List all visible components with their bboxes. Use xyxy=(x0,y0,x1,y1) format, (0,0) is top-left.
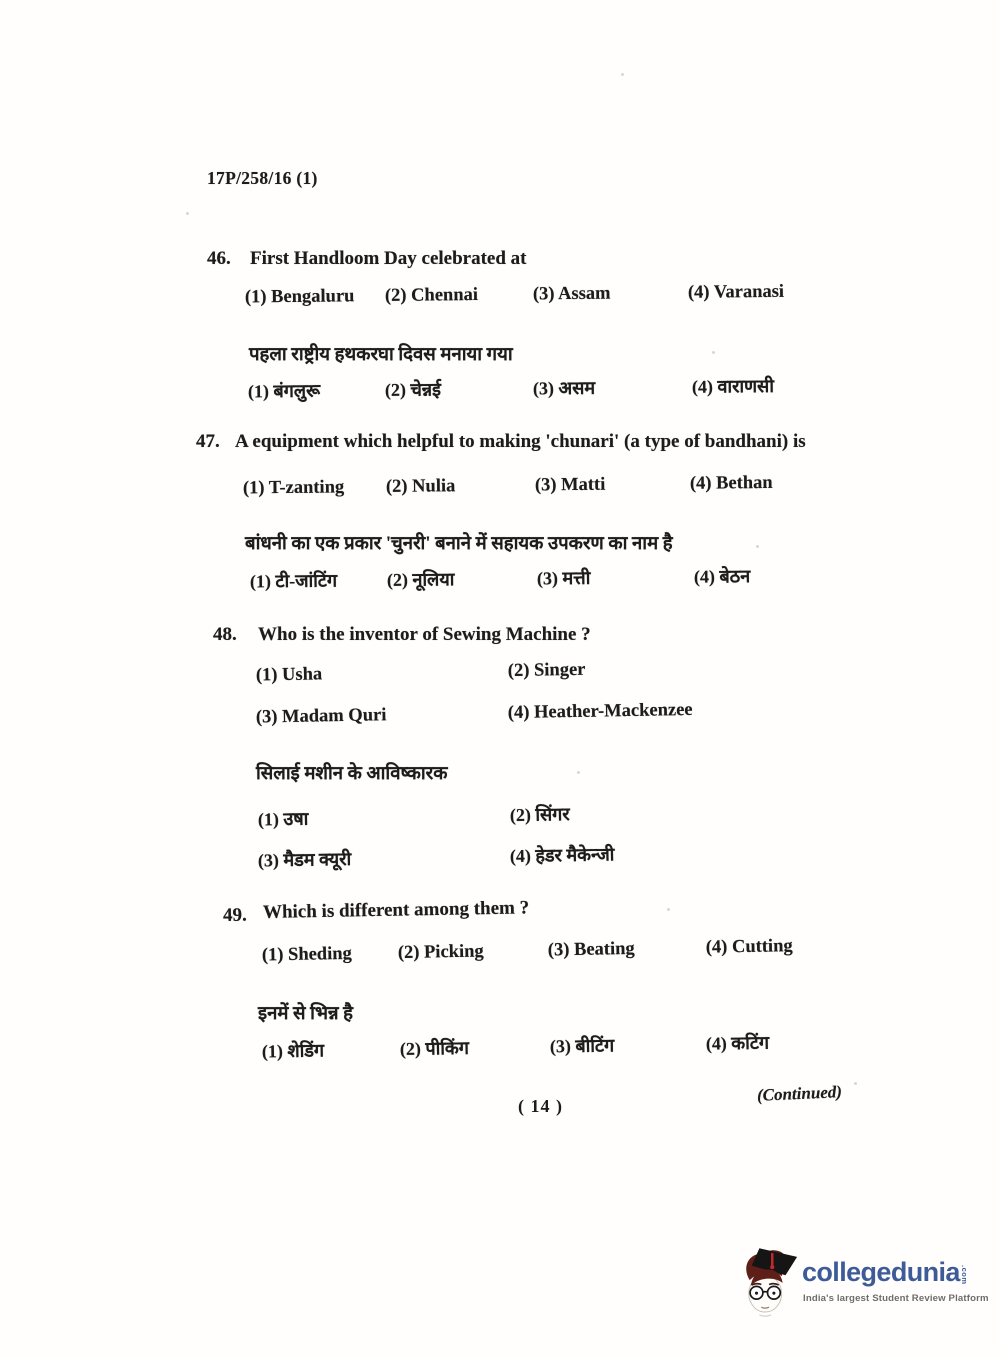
brand-tagline: India's largest Student Review Platform xyxy=(803,1293,989,1304)
option-en: (4) Bethan xyxy=(690,473,773,495)
collegedunia-logo: collegedunia .com India's largest Studen… xyxy=(742,1243,982,1328)
option-en: (3) Assam xyxy=(533,284,611,306)
question-48-options-hi-row2: (3) मैडम क्यूरी (4) हेडर मैकेन्जी xyxy=(0,836,1001,883)
option-hi: (3) मत्ती xyxy=(537,566,591,591)
question-46-options-en: (1) Bengaluru (2) Chennai (3) Assam (4) … xyxy=(0,280,1001,320)
question-49-options-en: (1) Sheding (2) Picking (3) Beating (4) … xyxy=(0,933,1001,980)
option-en: (1) Usha xyxy=(256,664,323,686)
option-en: (3) Madam Quri xyxy=(256,705,387,728)
continued-note: (Continued) xyxy=(757,1082,843,1106)
scan-speckle xyxy=(621,73,624,76)
option-en: (2) Singer xyxy=(508,660,586,682)
scan-speckle xyxy=(756,545,759,548)
option-hi: (2) पीकिंग xyxy=(400,1036,469,1061)
question-text-hi: इनमें से भिन्न है xyxy=(258,1000,353,1025)
option-en: (2) Nulia xyxy=(386,476,456,498)
option-en: (2) Chennai xyxy=(385,285,478,307)
option-en: (3) Matti xyxy=(535,475,606,497)
option-hi: (1) उषा xyxy=(258,807,309,832)
mascot-graduate-icon xyxy=(742,1245,800,1323)
option-en: (1) T-zanting xyxy=(243,477,344,499)
option-hi: (3) मैडम क्यूरी xyxy=(258,847,352,873)
question-text-en: A equipment which helpful to making 'chu… xyxy=(235,431,806,453)
scan-speckle xyxy=(854,1082,857,1085)
question-48-options-en-row1: (1) Usha (2) Singer xyxy=(0,653,1001,700)
question-number: 48. xyxy=(213,624,237,646)
page-number: ( 14 ) xyxy=(518,1096,563,1117)
option-hi: (1) बंगलुरू xyxy=(248,379,320,404)
question-text-hi: बांधनी का एक प्रकार 'चुनरी' बनाने में सह… xyxy=(245,530,673,555)
option-hi: (4) वाराणसी xyxy=(692,374,774,399)
question-46-options-hi: (1) बंगलुरू (2) चेन्नई (3) असम (4) वाराण… xyxy=(0,372,1001,412)
option-hi: (1) टी-जांटिंग xyxy=(250,568,337,593)
question-number: 47. xyxy=(196,431,220,453)
question-48-options-en-row2: (3) Madam Quri (4) Heather-Mackenzee xyxy=(0,695,1001,742)
scan-speckle xyxy=(712,351,715,354)
option-hi: (3) बीटिंग xyxy=(550,1033,615,1058)
option-hi: (1) शेडिंग xyxy=(262,1038,325,1063)
question-47-options-hi: (1) टी-जांटिंग (2) नूलिया (3) मत्ती (4) … xyxy=(0,562,1001,602)
question-text-hi: सिलाई मशीन के आविष्कारक xyxy=(256,760,447,785)
question-text-hi: पहला राष्ट्रीय हथकरघा दिवस मनाया गया xyxy=(249,341,513,366)
option-hi: (2) सिंगर xyxy=(510,802,570,827)
question-text-en: Who is the inventor of Sewing Machine ? xyxy=(258,624,591,646)
option-hi: (4) हेडर मैकेन्जी xyxy=(510,842,615,868)
option-en: (1) Bengaluru xyxy=(245,286,355,308)
option-en: (1) Sheding xyxy=(262,944,352,967)
option-hi: (2) नूलिया xyxy=(387,567,455,592)
option-en: (4) Cutting xyxy=(706,936,793,959)
scan-speckle xyxy=(667,908,670,911)
option-hi: (3) असम xyxy=(533,376,595,401)
option-en: (2) Picking xyxy=(398,942,484,964)
scan-speckle xyxy=(577,771,580,774)
scanned-exam-page: 17P/258/16 (1) 46. First Handloom Day ce… xyxy=(0,0,1001,1356)
question-number: 49. xyxy=(223,905,247,927)
paper-code: 17P/258/16 (1) xyxy=(207,168,318,189)
option-hi: (4) कटिंग xyxy=(706,1031,770,1056)
brand-tld: .com xyxy=(960,1265,969,1285)
question-49-options-hi: (1) शेडिंग (2) पीकिंग (3) बीटिंग (4) कटि… xyxy=(0,1027,1001,1074)
question-text-en: First Handloom Day celebrated at xyxy=(250,248,527,270)
question-text-en: Which is different among them ? xyxy=(263,897,530,924)
option-en: (4) Heather-Mackenzee xyxy=(508,700,693,724)
question-number: 46. xyxy=(207,248,231,270)
option-en: (4) Varanasi xyxy=(688,282,784,304)
scan-speckle xyxy=(186,212,189,215)
question-47-options-en: (1) T-zanting (2) Nulia (3) Matti (4) Be… xyxy=(0,471,1001,511)
option-hi: (2) चेन्नई xyxy=(385,377,441,402)
option-hi: (4) बेठन xyxy=(694,564,750,589)
option-en: (3) Beating xyxy=(548,939,635,962)
brand-wordmark: collegedunia xyxy=(802,1257,960,1288)
question-48-options-hi-row1: (1) उषा (2) सिंगर xyxy=(0,795,1001,842)
